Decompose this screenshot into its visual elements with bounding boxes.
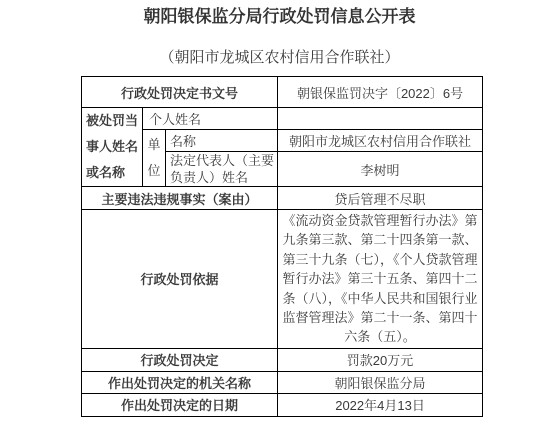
facts-value: 贷后管理不尽职 — [278, 187, 483, 210]
date-label: 作出处罚决定的日期 — [82, 393, 278, 416]
row-date: 作出处罚决定的日期 2022年4月13日 — [82, 393, 483, 416]
row-personal-name: 被处罚当事人姓名或名称 个人姓名 — [82, 108, 483, 130]
unit-name-value: 朝阳市龙城区农村信用合作联社 — [278, 130, 483, 152]
personal-name-value — [278, 108, 483, 130]
unit-label: 单位 — [143, 130, 166, 187]
row-basis: 行政处罚依据 《流动资金贷款管理暂行办法》第九条第三款、第二十四条第一款、第三十… — [82, 210, 483, 349]
row-unit-name: 单位 名称 朝阳市龙城区农村信用合作联社 — [82, 130, 483, 152]
date-value: 2022年4月13日 — [278, 393, 483, 416]
facts-label: 主要违法违规事实（案由） — [82, 187, 278, 210]
basis-value: 《流动资金贷款管理暂行办法》第九条第三款、第二十四条第一款、第三十九条（七），《… — [278, 210, 483, 349]
personal-name-label: 个人姓名 — [143, 108, 278, 130]
row-decision: 行政处罚决定 罚款20万元 — [82, 348, 483, 371]
basis-label: 行政处罚依据 — [82, 210, 278, 349]
legal-rep-value: 李树明 — [278, 152, 483, 187]
decision-number-value: 朝银保监罚决字〔2022〕6号 — [278, 77, 483, 108]
authority-value: 朝阳银保监分局 — [278, 371, 483, 393]
party-name-label: 被处罚当事人姓名或名称 — [82, 108, 143, 187]
penalty-info-table: 行政处罚决定书文号 朝银保监罚决字〔2022〕6号 被处罚当事人姓名或名称 个人… — [81, 76, 483, 417]
unit-name-label: 名称 — [166, 130, 278, 152]
row-facts: 主要违法违规事实（案由） 贷后管理不尽职 — [82, 187, 483, 210]
row-decision-number: 行政处罚决定书文号 朝银保监罚决字〔2022〕6号 — [82, 77, 483, 108]
decision-number-label: 行政处罚决定书文号 — [82, 77, 278, 108]
decision-value: 罚款20万元 — [278, 348, 483, 371]
legal-rep-label: 法定代表人（主要负责人）姓名 — [166, 152, 278, 187]
decision-label: 行政处罚决定 — [82, 348, 278, 371]
page-subtitle: （朝阳市龙城区农村信用合作联社） — [0, 46, 559, 67]
authority-label: 作出处罚决定的机关名称 — [82, 371, 278, 393]
row-authority: 作出处罚决定的机关名称 朝阳银保监分局 — [82, 371, 483, 393]
page-title: 朝阳银保监分局行政处罚信息公开表 — [0, 2, 559, 27]
